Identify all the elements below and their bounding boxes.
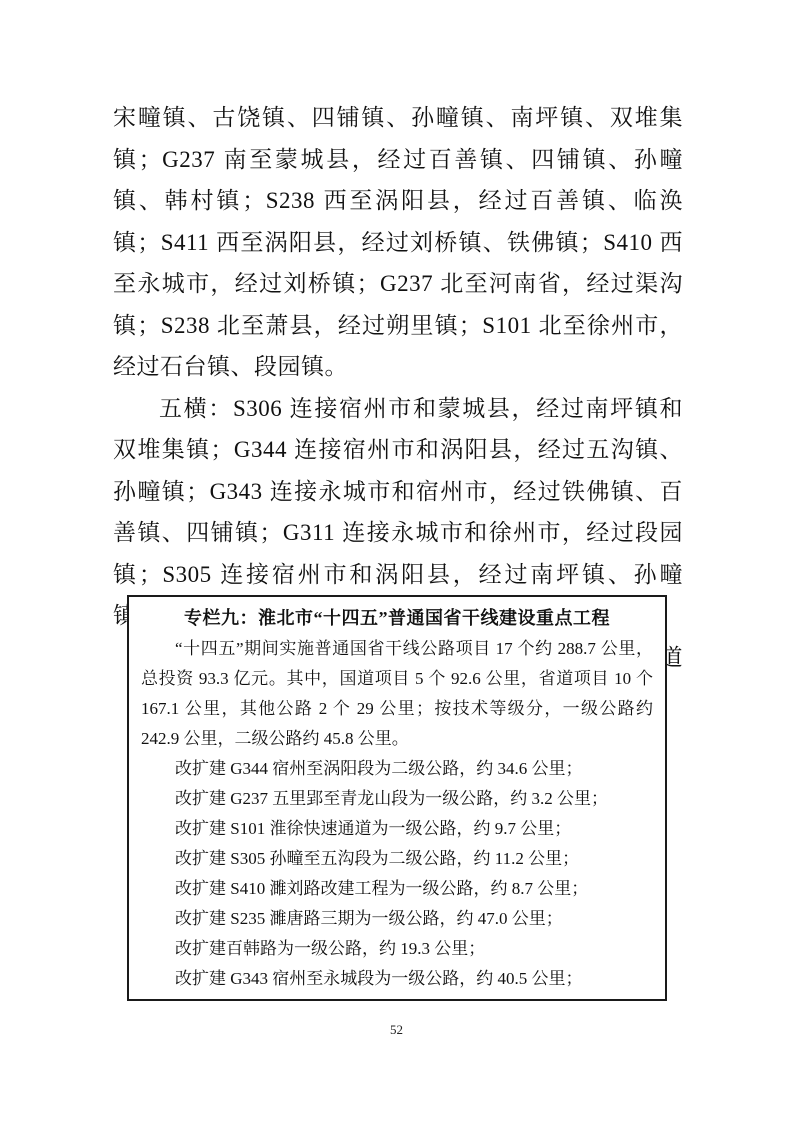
box-list-item: 改扩建 S101 淮徐快速通道为一级公路，约 9.7 公里； bbox=[141, 814, 653, 844]
box-list-item: 改扩建 S410 濉刘路改建工程为一级公路，约 8.7 公里； bbox=[141, 874, 653, 904]
box-list-item: 改扩建 G237 五里郢至青龙山段为一级公路，约 3.2 公里； bbox=[141, 784, 653, 814]
document-page: 宋疃镇、古饶镇、四铺镇、孙疃镇、南坪镇、双堆集镇；G237 南至蒙城县，经过百善… bbox=[0, 0, 793, 1122]
page-number: 52 bbox=[0, 1022, 793, 1038]
body-paragraph-continuation: 宋疃镇、古饶镇、四铺镇、孙疃镇、南坪镇、双堆集镇；G237 南至蒙城县，经过百善… bbox=[113, 97, 683, 388]
callout-box-title: 专栏九：淮北市“十四五”普通国省干线建设重点工程 bbox=[141, 603, 653, 634]
box-list-item: 改扩建百韩路为一级公路，约 19.3 公里； bbox=[141, 934, 653, 964]
box-list-item: 改扩建 G344 宿州至涡阳段为二级公路，约 34.6 公里； bbox=[141, 754, 653, 784]
callout-box-column-nine: 专栏九：淮北市“十四五”普通国省干线建设重点工程 “十四五”期间实施普通国省干线… bbox=[127, 595, 667, 1001]
box-list-item: 改扩建 S238 平山口至徐里段为一级公路，约 6.0 公里； bbox=[141, 994, 653, 1001]
box-list-item: 改扩建 S235 濉唐路三期为一级公路，约 47.0 公里； bbox=[141, 904, 653, 934]
box-list-item: 改扩建 S305 孙疃至五沟段为二级公路，约 11.2 公里； bbox=[141, 844, 653, 874]
callout-box-intro: “十四五”期间实施普通国省干线公路项目 17 个约 288.7 公里，总投资 9… bbox=[141, 634, 653, 754]
box-list-item: 改扩建 G343 宿州至永城段为一级公路，约 40.5 公里； bbox=[141, 964, 653, 994]
